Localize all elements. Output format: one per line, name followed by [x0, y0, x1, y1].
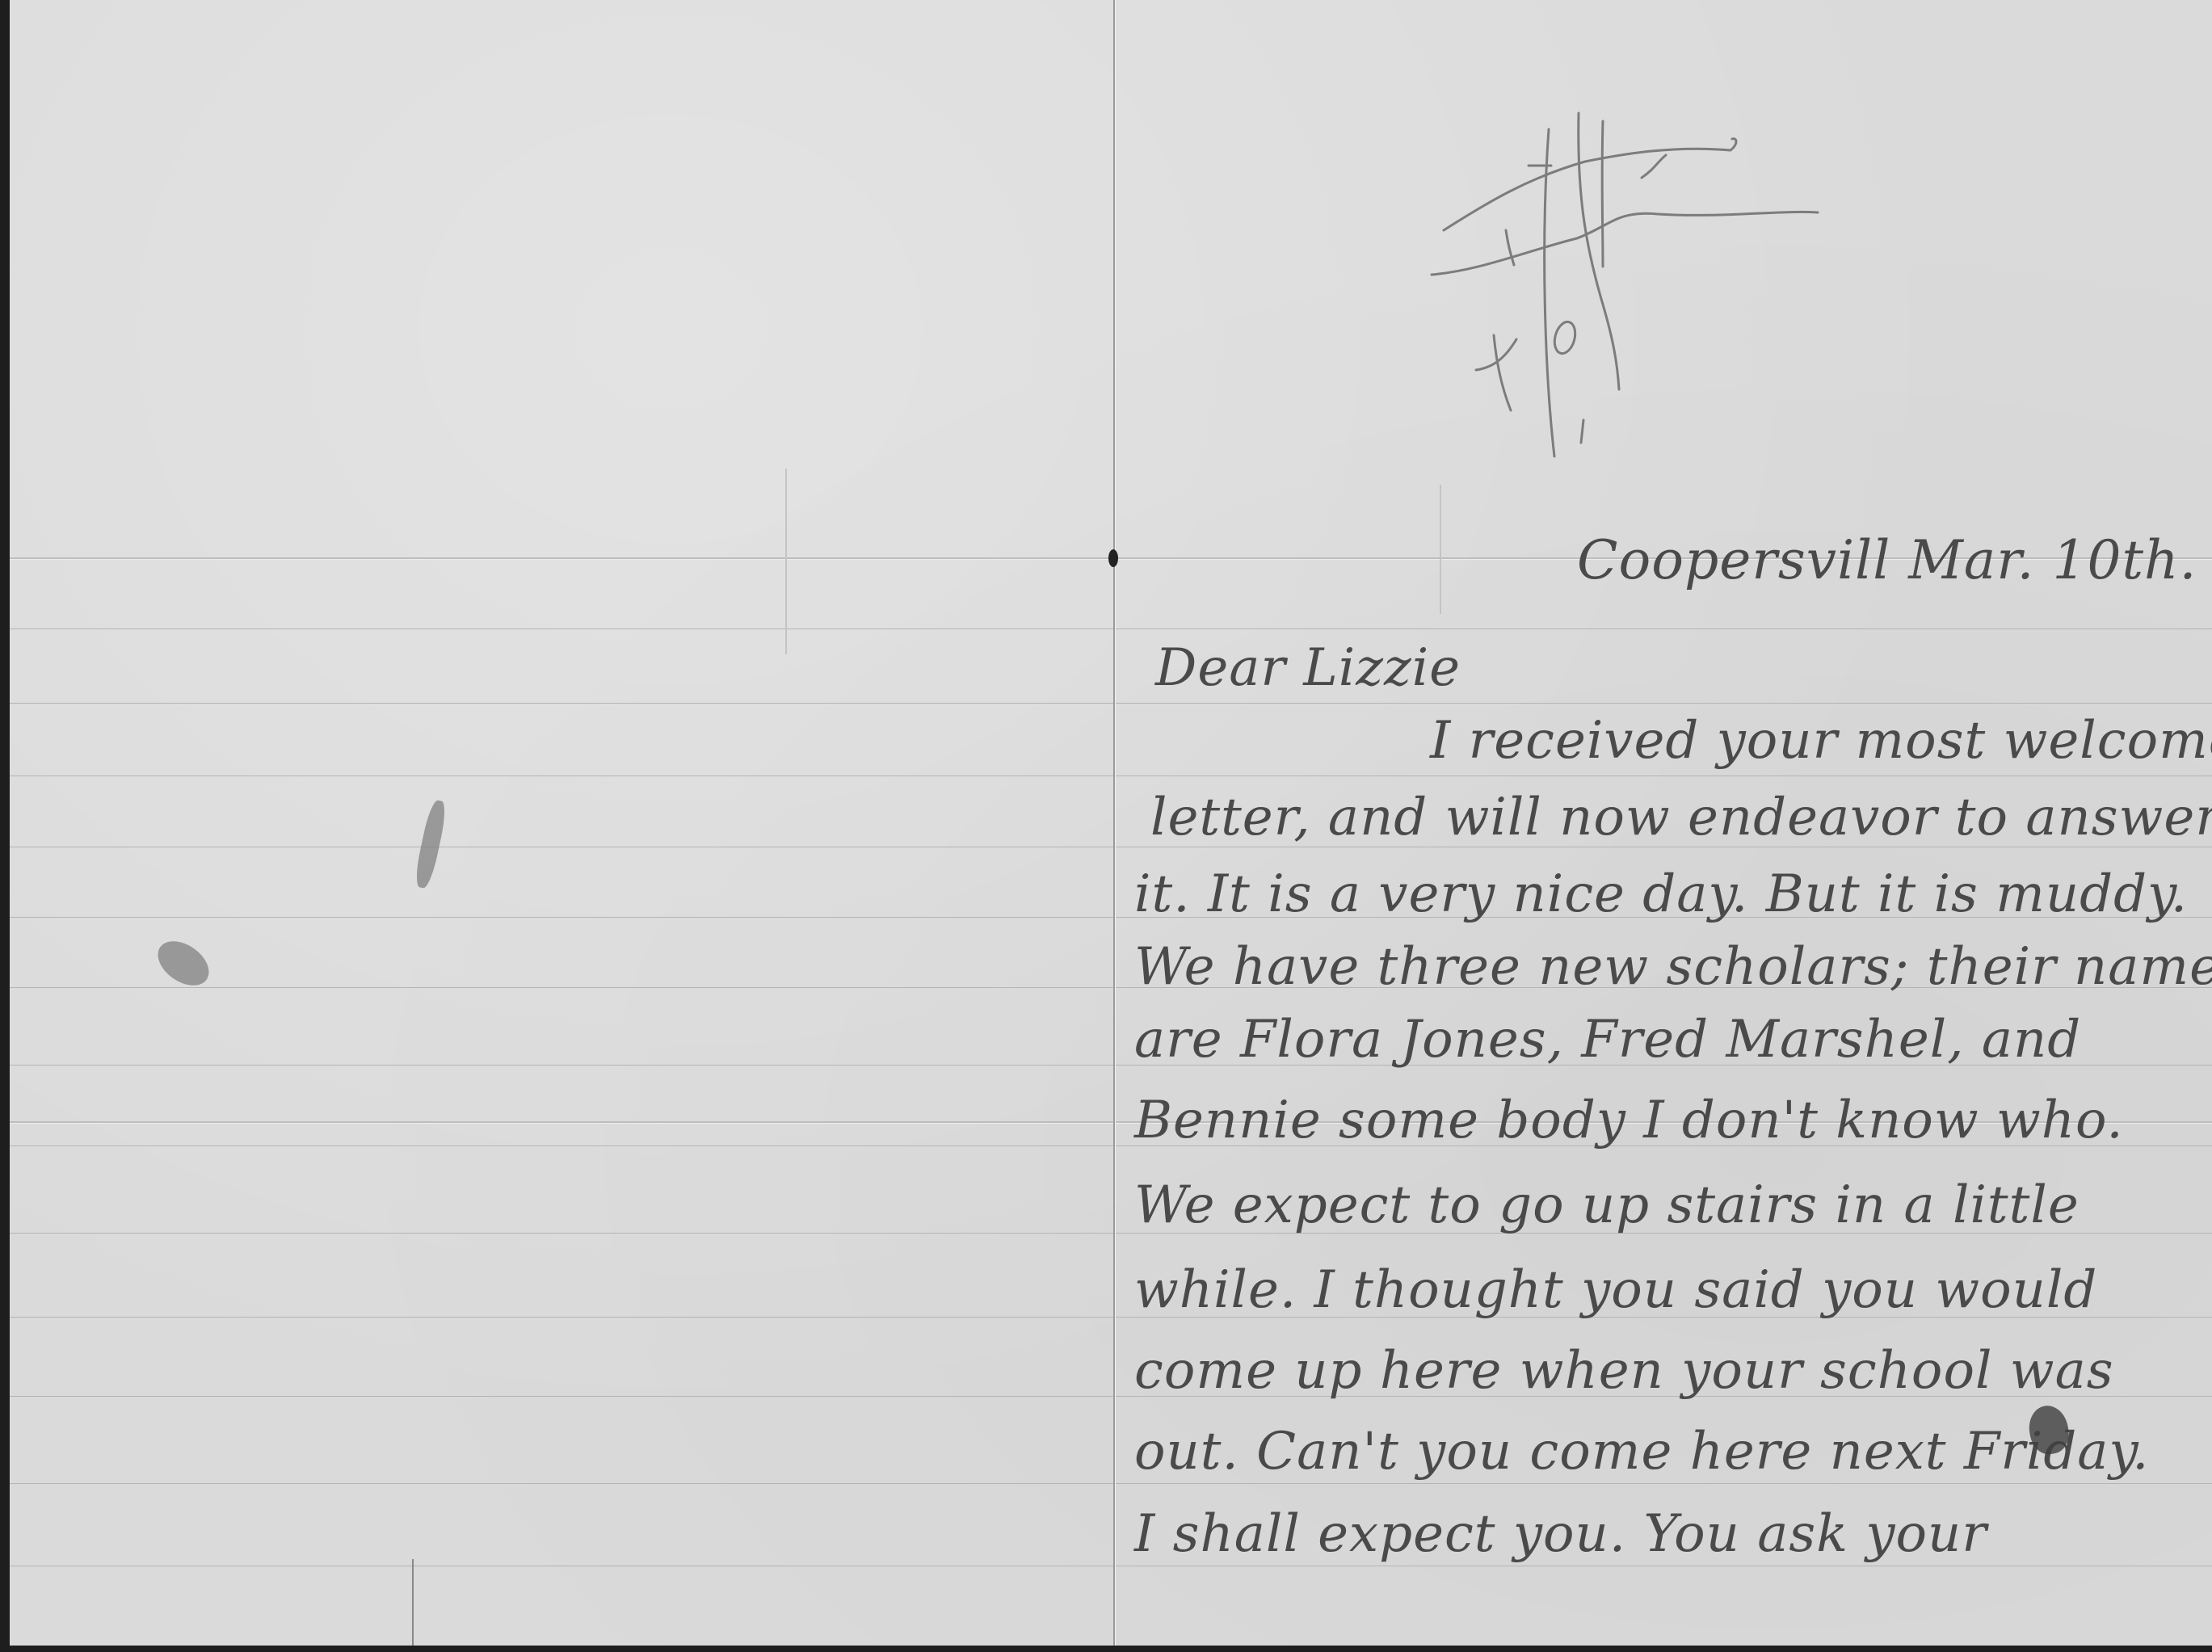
letter-line: I shall expect you. You ask your: [1134, 1504, 1987, 1564]
ink-smudge: [413, 799, 448, 889]
letter-line: come up here when your school was: [1134, 1341, 2114, 1401]
ruled-line: [10, 1566, 2212, 1566]
ruled-line: [10, 703, 2212, 704]
letter-line: it. It is a very nice day. But it is mud…: [1134, 864, 2188, 924]
letter-line: We expect to go up stairs in a little: [1134, 1175, 2080, 1235]
letter-line: letter, and will now endeavor to answer: [1150, 788, 2212, 847]
fold-hole: [1108, 549, 1118, 567]
ink-smudge: [149, 932, 217, 994]
letter-line: I received your most welcomed: [1430, 711, 2212, 771]
letter-line: We have three new scholars; their names: [1134, 937, 2212, 997]
crease: [785, 469, 787, 654]
ruled-line: [10, 1483, 2212, 1484]
letter-line: out. Can't you come here next Friday.: [1134, 1422, 2149, 1482]
scan-border: [0, 1646, 2212, 1652]
ruled-line: [10, 628, 2212, 629]
salutation: Dear Lizzie: [1155, 638, 1461, 698]
letter-sheet: Coopersvill Mar. 10th. 186 Dear Lizzie I…: [10, 0, 2212, 1646]
letter-line: Bennie some body I don't know who.: [1134, 1091, 2124, 1150]
tear: [412, 1559, 414, 1646]
ruled-line: [10, 776, 2212, 776]
dateline: Coopersvill Mar. 10th. 186: [1577, 529, 2212, 591]
tic-tac-toe-doodle: [1415, 81, 1884, 469]
letter-line: are Flora Jones, Fred Marshel, and: [1134, 1010, 2081, 1070]
center-fold: [1113, 0, 1115, 1646]
crease: [1440, 485, 1441, 614]
letter-line: while. I thought you said you would: [1134, 1260, 2097, 1320]
